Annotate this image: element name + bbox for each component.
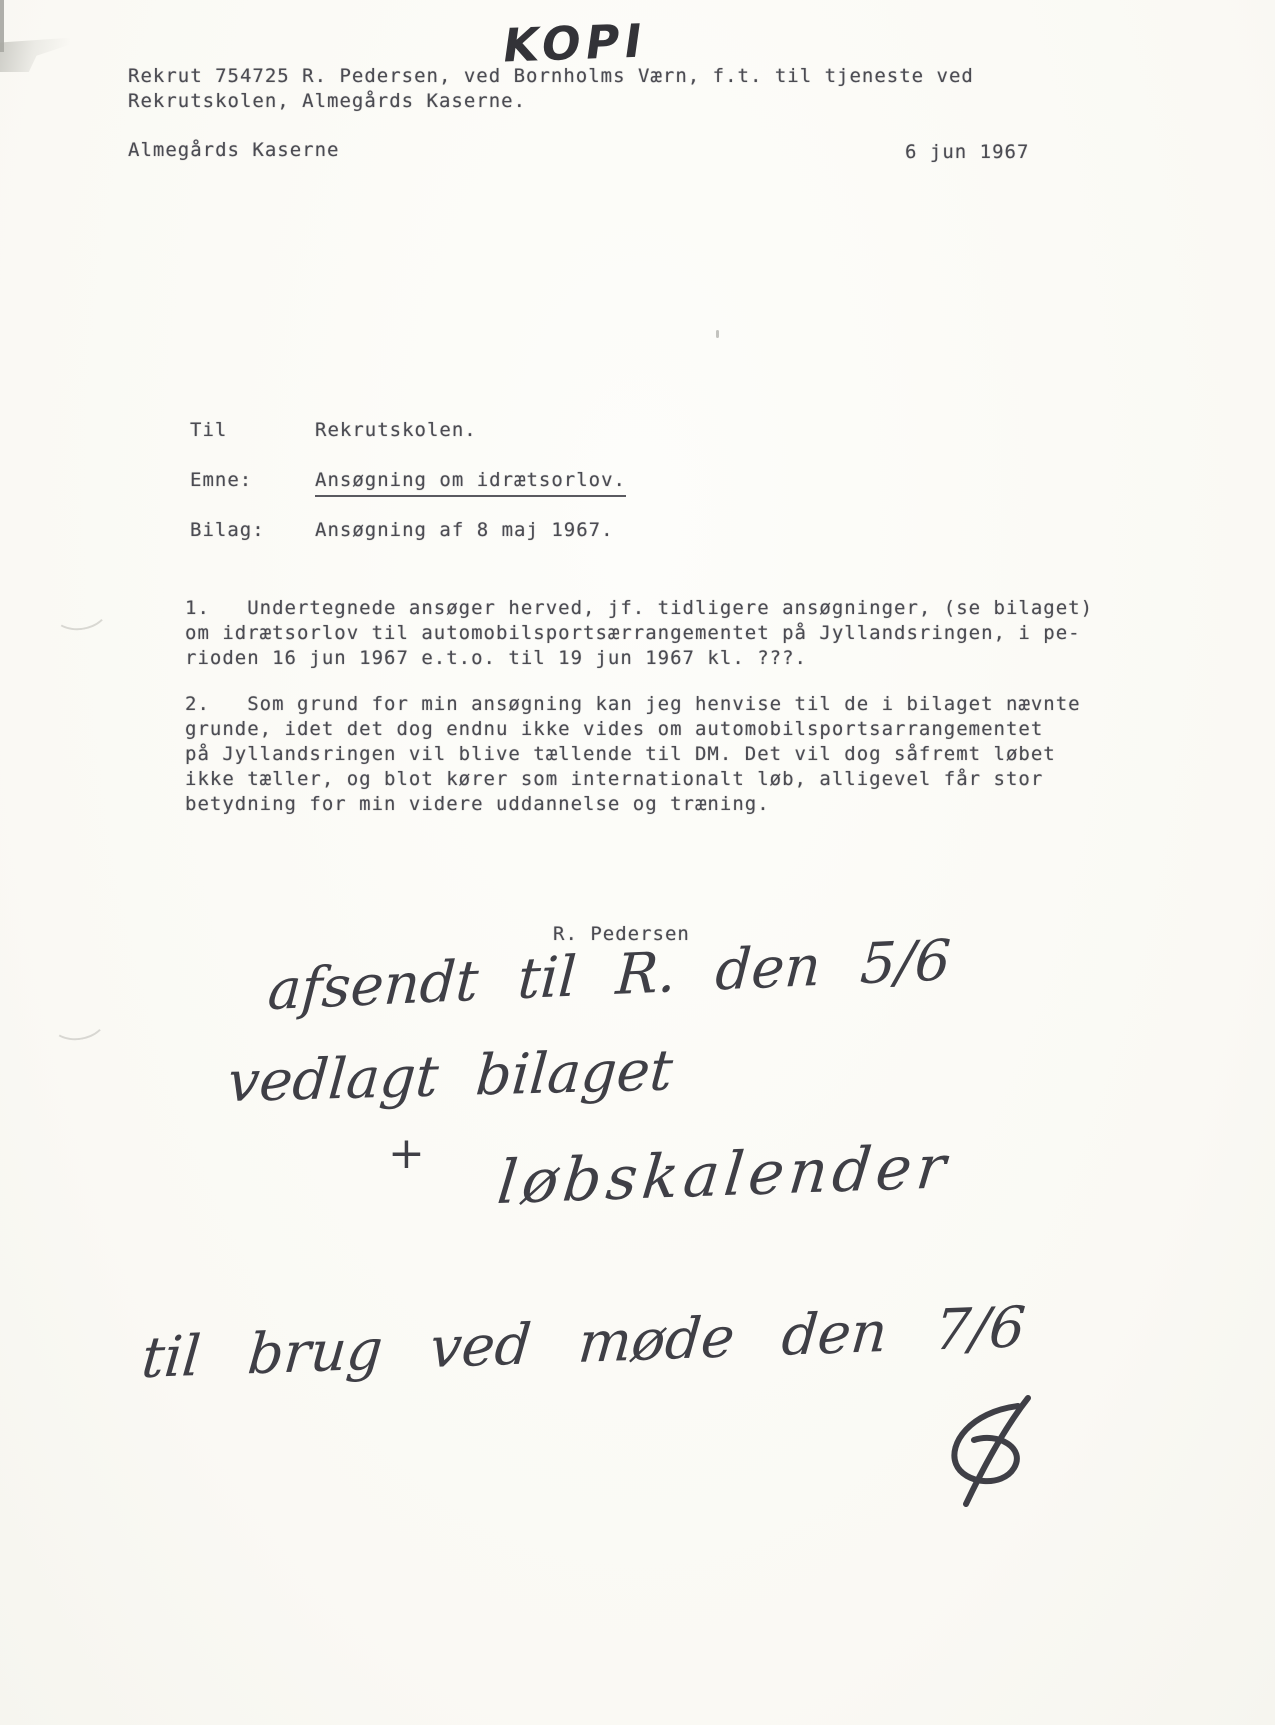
header-date: 6 jun 1967: [905, 140, 1029, 165]
paragraph-2-line: på Jyllandsringen vil blive tællende til…: [185, 742, 1056, 767]
enclosure-value: Ansøgning af 8 maj 1967.: [315, 518, 614, 543]
paragraph-1-line: rioden 16 jun 1967 e.t.o. til 19 jun 196…: [185, 646, 807, 671]
scan-corner-shadow: [0, 36, 96, 72]
scanned-letter-page: KOPI Rekrut 754725 R. Pedersen, ved Born…: [0, 0, 1275, 1725]
paragraph-2-line: 2. Som grund for min ansøgning kan jeg h…: [185, 692, 1081, 717]
ink-speck: [716, 330, 719, 338]
header-place: Almegårds Kaserne: [128, 138, 339, 163]
header-line-2: Rekrutskolen, Almegårds Kaserne.: [128, 89, 526, 114]
initials-mark: [940, 1392, 1050, 1512]
handwritten-note-line-4: til brug ved møde den 7/6: [139, 1295, 1028, 1391]
to-label: Til: [190, 418, 227, 443]
paragraph-2-line: ikke tæller, og blot kører som internati…: [185, 767, 1043, 792]
enclosure-label: Bilag:: [190, 518, 265, 543]
subject-value: Ansøgning om idrætsorlov.: [315, 468, 626, 497]
pencil-arc-mark: [50, 588, 111, 633]
handwritten-note-line-3: løbskalender: [494, 1132, 954, 1218]
handwritten-note-line-1: afsendt til R. den 5/6: [266, 928, 952, 1023]
paragraph-1-line: om idrætsorlov til automobilsportsærrang…: [185, 621, 1081, 646]
header-line-1: Rekrut 754725 R. Pedersen, ved Bornholms…: [128, 64, 974, 89]
paragraph-2-line: grunde, idet det dog endnu ikke vides om…: [185, 717, 1043, 742]
handwritten-note-line-2: vedlagt bilaget: [225, 1038, 675, 1115]
to-value: Rekrutskolen.: [315, 418, 477, 443]
subject-label: Emne:: [190, 468, 252, 493]
paragraph-2-line: betydning for min videre uddannelse og t…: [185, 792, 770, 817]
handwritten-plus-sign: +: [388, 1128, 425, 1179]
paragraph-1-line: 1. Undertegnede ansøger herved, jf. tidl…: [185, 596, 1093, 621]
pencil-arc-mark: [48, 998, 109, 1043]
